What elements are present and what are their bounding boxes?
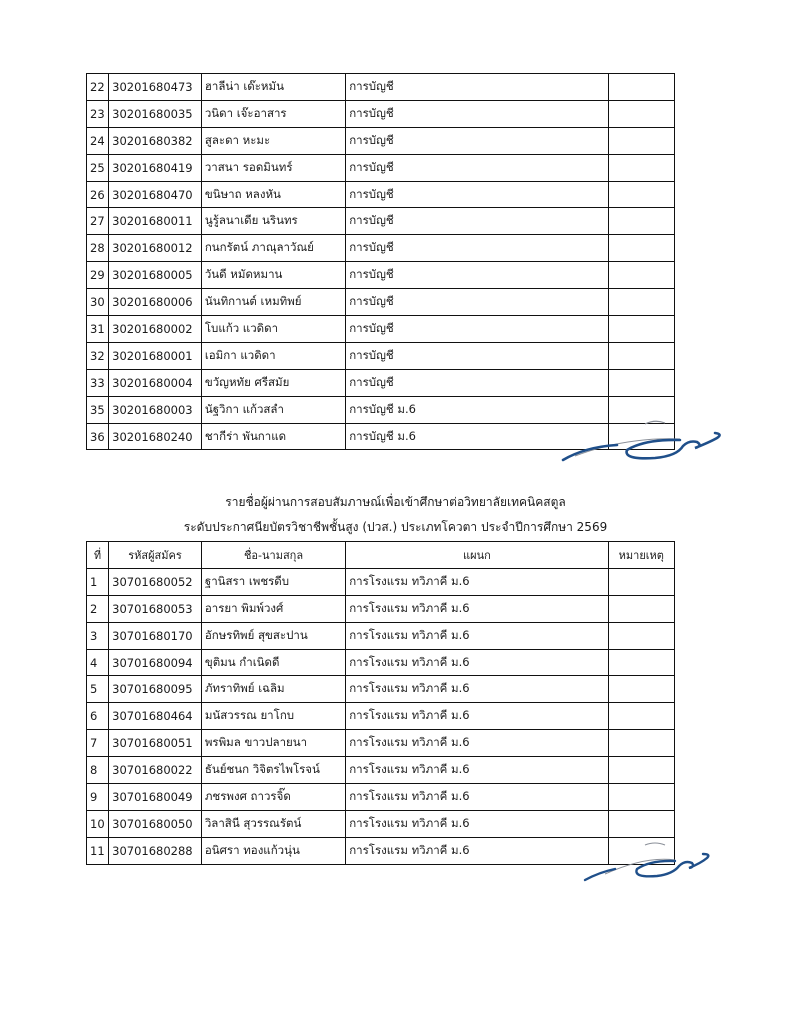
- table-header-row: ที่ รหัสผู้สมัคร ชื่อ-นามสกุล แผนก หมายเ…: [87, 542, 675, 569]
- table-row: 3330201680004ขวัญหทัย ศรีสมัยการบัญชี: [87, 369, 675, 396]
- full-name-cell: สูละดา หะมะ: [201, 127, 345, 154]
- applicant-id-cell: 30701680049: [109, 784, 202, 811]
- row-number-cell: 32: [87, 342, 109, 369]
- department-cell: การบัญชี: [346, 74, 608, 101]
- full-name-cell: อารยา พิมพ์วงศ์: [201, 595, 345, 622]
- full-name-cell: วนิดา เจ๊ะอาสาร: [201, 100, 345, 127]
- applicants-table-hotel: ที่ รหัสผู้สมัคร ชื่อ-นามสกุล แผนก หมายเ…: [86, 541, 675, 865]
- table-row: 830701680022ธันย์ชนก วิจิตรไพโรจน์การโรง…: [87, 757, 675, 784]
- remarks-cell: [608, 595, 674, 622]
- applicants-table-accounting: 2230201680473ฮาลีน่า เด๊ะหมันการบัญชี233…: [86, 73, 675, 450]
- department-cell: การโรงแรม ทวิภาคี ม.6: [346, 730, 608, 757]
- table-row: 630701680464มนัสวรรณ ยาโกบการโรงแรม ทวิภ…: [87, 703, 675, 730]
- applicant-id-cell: 30201680470: [109, 181, 202, 208]
- full-name-cell: ภชรพงศ ถาวรจิ๊ด: [201, 784, 345, 811]
- table-row: 730701680051พรพิมล ขาวปลายนาการโรงแรม ทว…: [87, 730, 675, 757]
- applicant-id-cell: 30201680382: [109, 127, 202, 154]
- remarks-cell: [608, 127, 674, 154]
- full-name-cell: กนกรัตน์ ภาณุลาวัณย์: [201, 235, 345, 262]
- department-cell: การโรงแรม ทวิภาคี ม.6: [346, 676, 608, 703]
- full-name-cell: วิลาสินี สุวรรณรัตน์: [201, 810, 345, 837]
- table-row: 2530201680419วาสนา รอดมินทร์การบัญชี: [87, 154, 675, 181]
- remarks-cell: [608, 568, 674, 595]
- department-cell: การบัญชี: [346, 262, 608, 289]
- applicant-id-cell: 30701680094: [109, 649, 202, 676]
- table-row: 330701680170อักษรทิพย์ สุขสะปานการโรงแรม…: [87, 622, 675, 649]
- table-row: 430701680094ขุติมน กำเนิดดีการโรงแรม ทวิ…: [87, 649, 675, 676]
- remarks-cell: [608, 676, 674, 703]
- applicant-id-cell: 30701680053: [109, 595, 202, 622]
- table-row: 3530201680003นัฐวิกา แก้วสลำการบัญชี ม.6: [87, 396, 675, 423]
- full-name-cell: มนัสวรรณ ยาโกบ: [201, 703, 345, 730]
- table-row: 2730201680011นูรู้ลนาเดีย นรินทรการบัญชี: [87, 208, 675, 235]
- full-name-cell: ขุติมน กำเนิดดี: [201, 649, 345, 676]
- full-name-cell: นัฐวิกา แก้วสลำ: [201, 396, 345, 423]
- full-name-cell: นูรู้ลนาเดีย นรินทร: [201, 208, 345, 235]
- applicant-id-cell: 30201680005: [109, 262, 202, 289]
- department-cell: การบัญชี: [346, 127, 608, 154]
- header-applicant-id: รหัสผู้สมัคร: [109, 542, 202, 569]
- remarks-cell: [608, 423, 674, 450]
- department-cell: การโรงแรม ทวิภาคี ม.6: [346, 757, 608, 784]
- department-cell: การบัญชี ม.6: [346, 396, 608, 423]
- applicant-id-cell: 30701680170: [109, 622, 202, 649]
- header-full-name: ชื่อ-นามสกุล: [201, 542, 345, 569]
- applicant-id-cell: 30201680003: [109, 396, 202, 423]
- department-cell: การโรงแรม ทวิภาคี ม.6: [346, 595, 608, 622]
- row-number-cell: 25: [87, 154, 109, 181]
- applicant-id-cell: 30201680012: [109, 235, 202, 262]
- full-name-cell: ขนิษาถ หลงหัน: [201, 181, 345, 208]
- header-no: ที่: [87, 542, 109, 569]
- table-row: 230701680053อารยา พิมพ์วงศ์การโรงแรม ทวิ…: [87, 595, 675, 622]
- row-number-cell: 5: [87, 676, 109, 703]
- header-remarks: หมายเหตุ: [608, 542, 674, 569]
- table-row: 130701680052ฐานิสรา เพชรดีบการโรงแรม ทวิ…: [87, 568, 675, 595]
- department-cell: การโรงแรม ทวิภาคี ม.6: [346, 703, 608, 730]
- remarks-cell: [608, 154, 674, 181]
- department-cell: การโรงแรม ทวิภาคี ม.6: [346, 568, 608, 595]
- full-name-cell: พรพิมล ขาวปลายนา: [201, 730, 345, 757]
- row-number-cell: 35: [87, 396, 109, 423]
- department-cell: การบัญชี: [346, 235, 608, 262]
- department-cell: การโรงแรม ทวิภาคี ม.6: [346, 784, 608, 811]
- department-cell: การโรงแรม ทวิภาคี ม.6: [346, 837, 608, 864]
- department-cell: การบัญชี: [346, 208, 608, 235]
- row-number-cell: 30: [87, 289, 109, 316]
- applicant-id-cell: 30701680022: [109, 757, 202, 784]
- department-cell: การบัญชี ม.6: [346, 423, 608, 450]
- department-cell: การบัญชี: [346, 342, 608, 369]
- applicant-id-cell: 30201680011: [109, 208, 202, 235]
- remarks-cell: [608, 289, 674, 316]
- table-row: 3230201680001เอมิกา แวดิดาการบัญชี: [87, 342, 675, 369]
- table-row: 2830201680012กนกรัตน์ ภาณุลาวัณย์การบัญช…: [87, 235, 675, 262]
- remarks-cell: [608, 810, 674, 837]
- remarks-cell: [608, 100, 674, 127]
- full-name-cell: อนิศรา ทองแก้วนุ่น: [201, 837, 345, 864]
- section-title: รายชื่อผู้ผ่านการสอบสัมภาษณ์เพื่อเข้าศึก…: [0, 493, 791, 512]
- applicant-id-cell: 30701680052: [109, 568, 202, 595]
- applicant-id-cell: 30701680288: [109, 837, 202, 864]
- table-row: 1130701680288อนิศรา ทองแก้วนุ่นการโรงแรม…: [87, 837, 675, 864]
- applicant-id-cell: 30201680035: [109, 100, 202, 127]
- row-number-cell: 27: [87, 208, 109, 235]
- department-cell: การบัญชี: [346, 316, 608, 343]
- applicant-id-cell: 30201680240: [109, 423, 202, 450]
- applicant-id-cell: 30701680464: [109, 703, 202, 730]
- remarks-cell: [608, 396, 674, 423]
- remarks-cell: [608, 622, 674, 649]
- department-cell: การบัญชี: [346, 154, 608, 181]
- row-number-cell: 29: [87, 262, 109, 289]
- remarks-cell: [608, 757, 674, 784]
- remarks-cell: [608, 369, 674, 396]
- applicant-id-cell: 30201680473: [109, 74, 202, 101]
- remarks-cell: [608, 649, 674, 676]
- header-department: แผนก: [346, 542, 608, 569]
- department-cell: การบัญชี: [346, 289, 608, 316]
- department-cell: การโรงแรม ทวิภาคี ม.6: [346, 810, 608, 837]
- row-number-cell: 2: [87, 595, 109, 622]
- department-cell: การบัญชี: [346, 369, 608, 396]
- row-number-cell: 31: [87, 316, 109, 343]
- row-number-cell: 6: [87, 703, 109, 730]
- row-number-cell: 24: [87, 127, 109, 154]
- full-name-cell: ฮาลีน่า เด๊ะหมัน: [201, 74, 345, 101]
- row-number-cell: 26: [87, 181, 109, 208]
- row-number-cell: 8: [87, 757, 109, 784]
- remarks-cell: [608, 74, 674, 101]
- remarks-cell: [608, 235, 674, 262]
- full-name-cell: ภัทราทิพย์ เฉลิม: [201, 676, 345, 703]
- table-row: 2930201680005วันดี หมัดหมานการบัญชี: [87, 262, 675, 289]
- department-cell: การโรงแรม ทวิภาคี ม.6: [346, 649, 608, 676]
- applicant-id-cell: 30701680095: [109, 676, 202, 703]
- remarks-cell: [608, 262, 674, 289]
- full-name-cell: วันดี หมัดหมาน: [201, 262, 345, 289]
- row-number-cell: 11: [87, 837, 109, 864]
- table-row: 3130201680002โบแก้ว แวดิดาการบัญชี: [87, 316, 675, 343]
- table-row: 1030701680050วิลาสินี สุวรรณรัตน์การโรงแ…: [87, 810, 675, 837]
- row-number-cell: 33: [87, 369, 109, 396]
- table-row: 3630201680240ชากีร่า พันกาแดการบัญชี ม.6: [87, 423, 675, 450]
- applicant-id-cell: 30201680004: [109, 369, 202, 396]
- full-name-cell: นันทิกานต์ เหมทิพย์: [201, 289, 345, 316]
- table-row: 2330201680035วนิดา เจ๊ะอาสารการบัญชี: [87, 100, 675, 127]
- row-number-cell: 4: [87, 649, 109, 676]
- row-number-cell: 7: [87, 730, 109, 757]
- table-row: 2230201680473ฮาลีน่า เด๊ะหมันการบัญชี: [87, 74, 675, 101]
- full-name-cell: ฐานิสรา เพชรดีบ: [201, 568, 345, 595]
- remarks-cell: [608, 342, 674, 369]
- applicant-id-cell: 30201680002: [109, 316, 202, 343]
- row-number-cell: 22: [87, 74, 109, 101]
- full-name-cell: โบแก้ว แวดิดา: [201, 316, 345, 343]
- remarks-cell: [608, 316, 674, 343]
- department-cell: การโรงแรม ทวิภาคี ม.6: [346, 622, 608, 649]
- row-number-cell: 1: [87, 568, 109, 595]
- row-number-cell: 23: [87, 100, 109, 127]
- remarks-cell: [608, 181, 674, 208]
- applicant-id-cell: 30201680419: [109, 154, 202, 181]
- applicant-id-cell: 30701680050: [109, 810, 202, 837]
- remarks-cell: [608, 208, 674, 235]
- applicant-id-cell: 30701680051: [109, 730, 202, 757]
- full-name-cell: ธันย์ชนก วิจิตรไพโรจน์: [201, 757, 345, 784]
- full-name-cell: เอมิกา แวดิดา: [201, 342, 345, 369]
- row-number-cell: 3: [87, 622, 109, 649]
- applicant-id-cell: 30201680006: [109, 289, 202, 316]
- remarks-cell: [608, 837, 674, 864]
- table-row: 2430201680382สูละดา หะมะการบัญชี: [87, 127, 675, 154]
- department-cell: การบัญชี: [346, 100, 608, 127]
- row-number-cell: 36: [87, 423, 109, 450]
- department-cell: การบัญชี: [346, 181, 608, 208]
- remarks-cell: [608, 730, 674, 757]
- section-subtitle: ระดับประกาศนียบัตรวิชาชีพชั้นสูง (ปวส.) …: [0, 518, 791, 537]
- full-name-cell: ชากีร่า พันกาแด: [201, 423, 345, 450]
- full-name-cell: ขวัญหทัย ศรีสมัย: [201, 369, 345, 396]
- table-row: 930701680049ภชรพงศ ถาวรจิ๊ดการโรงแรม ทวิ…: [87, 784, 675, 811]
- row-number-cell: 10: [87, 810, 109, 837]
- row-number-cell: 28: [87, 235, 109, 262]
- row-number-cell: 9: [87, 784, 109, 811]
- table-row: 530701680095ภัทราทิพย์ เฉลิมการโรงแรม ทว…: [87, 676, 675, 703]
- remarks-cell: [608, 784, 674, 811]
- full-name-cell: วาสนา รอดมินทร์: [201, 154, 345, 181]
- full-name-cell: อักษรทิพย์ สุขสะปาน: [201, 622, 345, 649]
- table-row: 2630201680470ขนิษาถ หลงหันการบัญชี: [87, 181, 675, 208]
- applicant-id-cell: 30201680001: [109, 342, 202, 369]
- remarks-cell: [608, 703, 674, 730]
- table-row: 3030201680006นันทิกานต์ เหมทิพย์การบัญชี: [87, 289, 675, 316]
